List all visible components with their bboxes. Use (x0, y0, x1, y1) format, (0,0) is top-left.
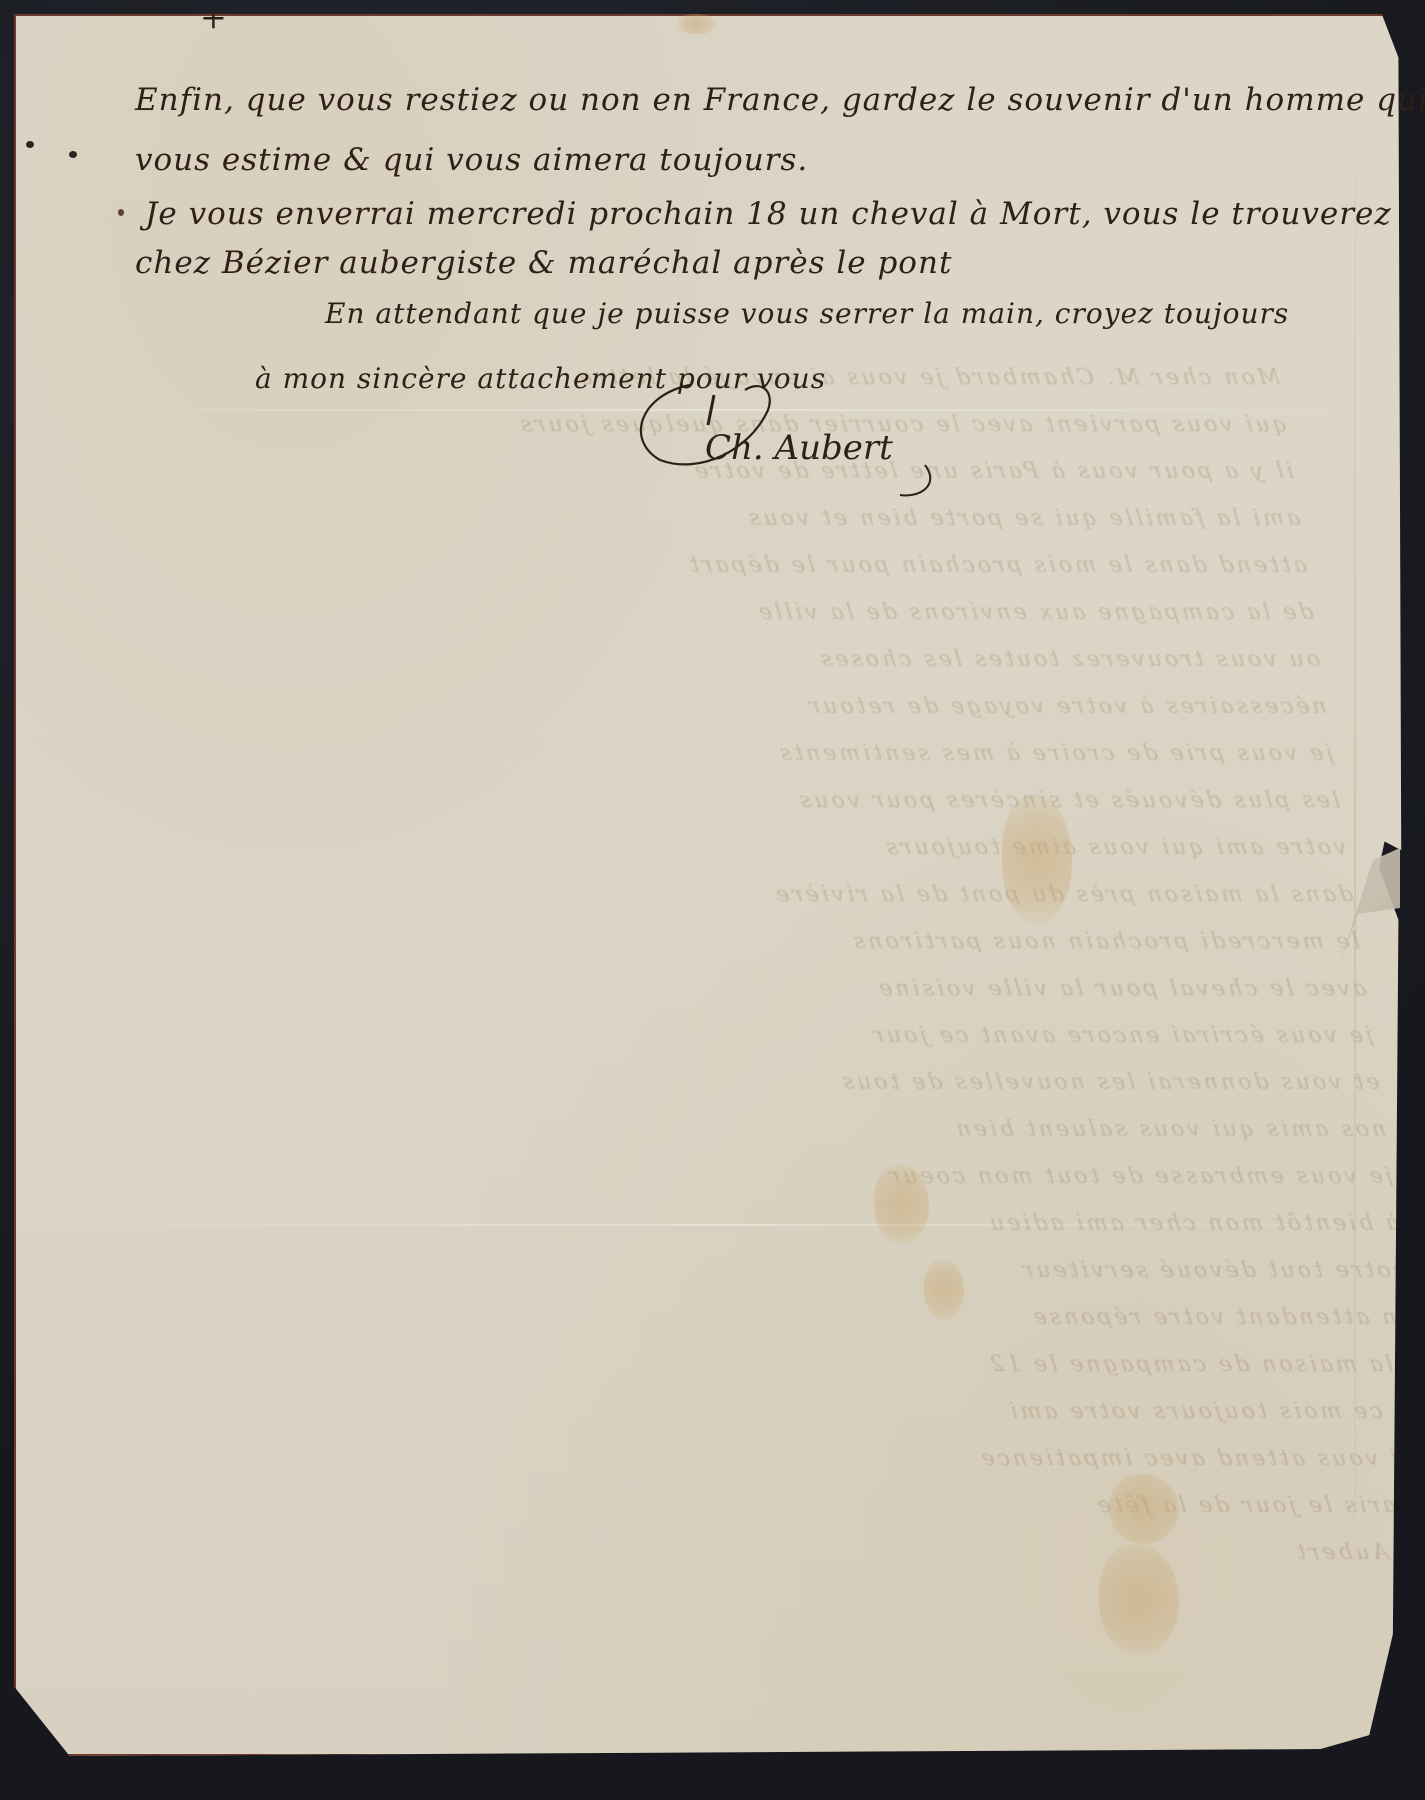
signature: Ch. Aubert (705, 428, 893, 468)
ink-blot (69, 151, 77, 158)
letter-line-5: En attendant que je puisse vous serrer l… (325, 297, 1289, 330)
water-stain (677, 14, 717, 34)
water-stain (1002, 794, 1072, 924)
insertion-mark: + (200, 0, 228, 36)
bleed-through-text: Mon cher M. Chambard je vous ai envoyé l… (0, 354, 1425, 1734)
letter-line-3: Je vous enverrai mercredi prochain 18 un… (145, 196, 1392, 232)
letter-line-1: Enfin, que vous restiez ou non en France… (135, 82, 1425, 118)
water-stain (1099, 1544, 1179, 1654)
water-stain (1109, 1474, 1179, 1544)
water-stain (874, 1164, 929, 1244)
ink-blot (26, 141, 34, 148)
letter-line-6: à mon sincère attachement pour vous (255, 362, 826, 395)
water-stain (924, 1259, 964, 1319)
scan-background: Mon cher M. Chambard je vous ai envoyé l… (0, 0, 1425, 1800)
letter-line-2: vous estime & qui vous aimera toujours. (135, 142, 808, 178)
ink-blot (118, 209, 124, 216)
letter-line-4: chez Bézier aubergiste & maréchal après … (135, 245, 952, 281)
